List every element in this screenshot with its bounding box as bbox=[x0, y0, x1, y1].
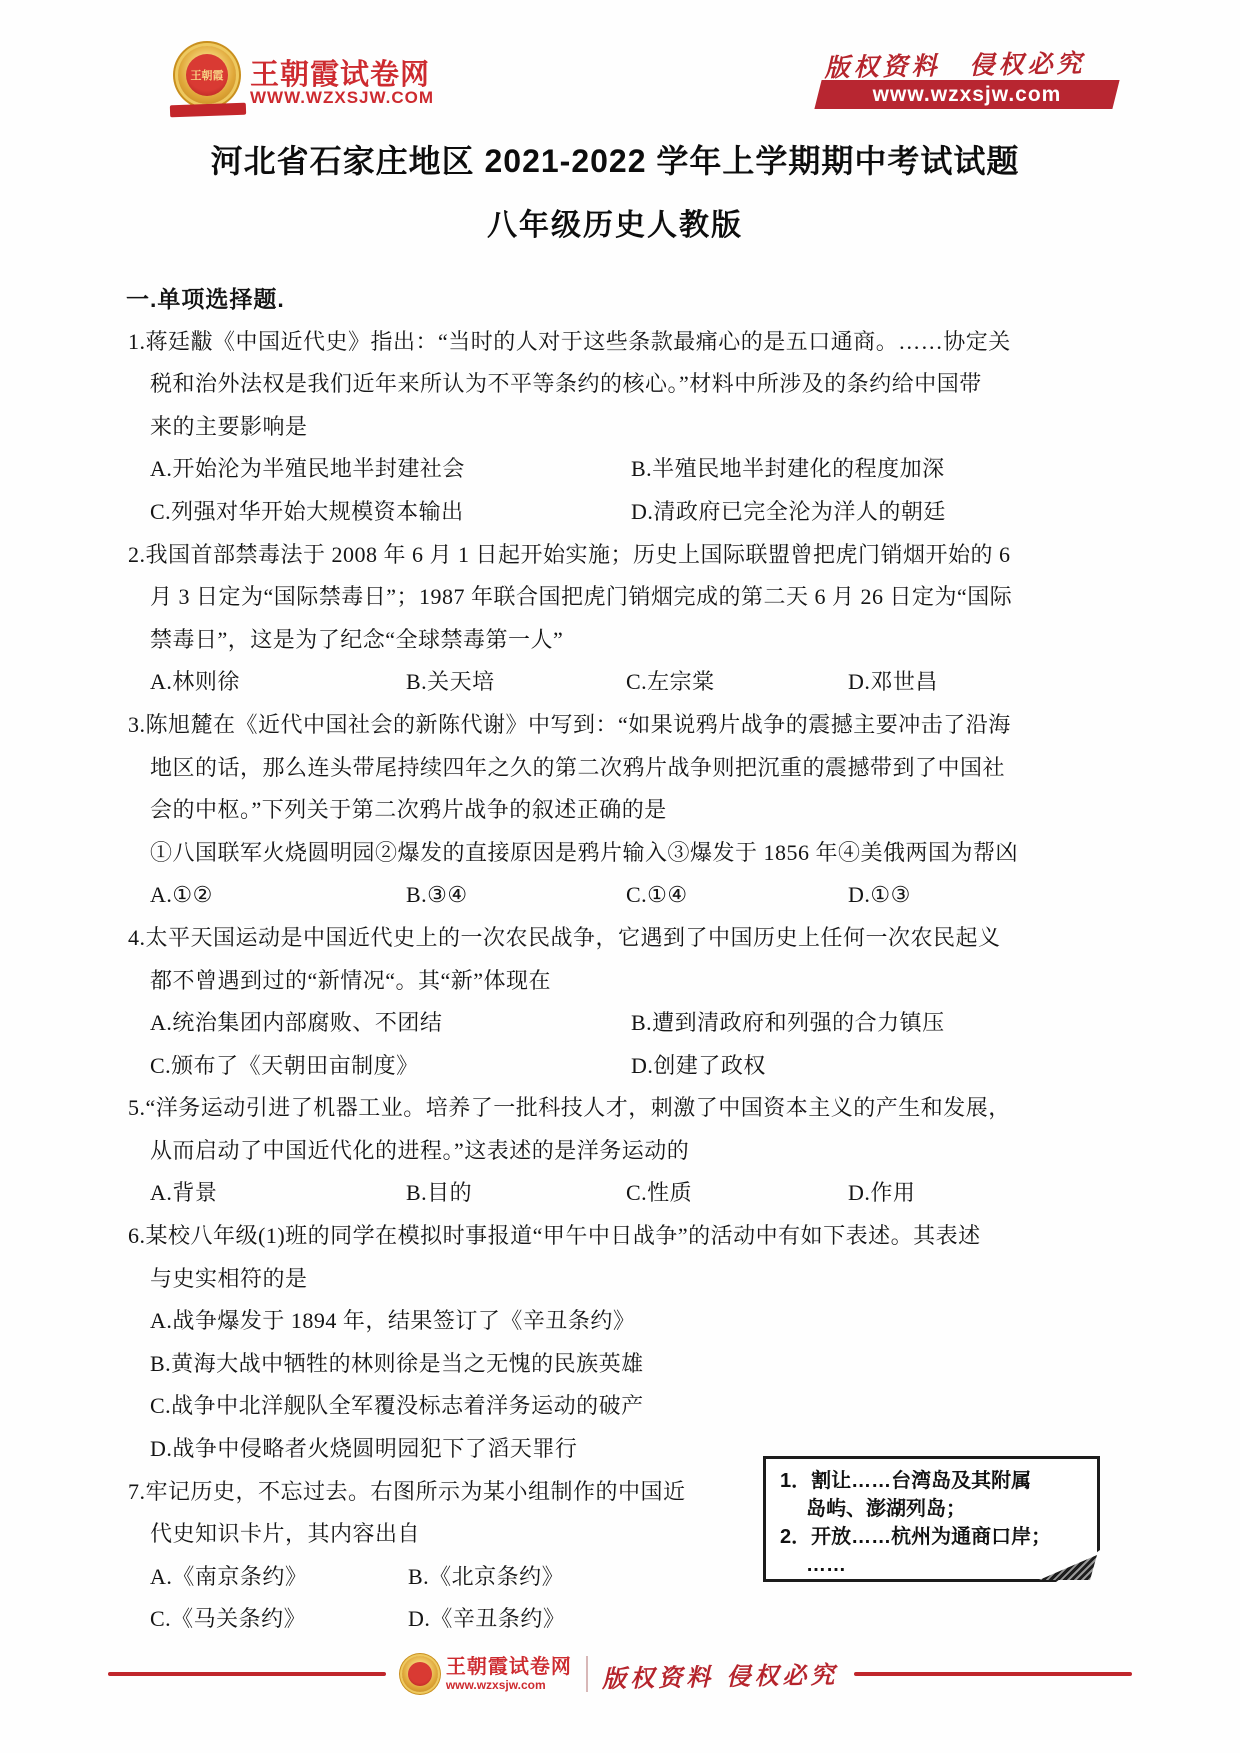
question-4-option: C.颁布了《天朝田亩制度》 bbox=[150, 1045, 419, 1088]
question-6-options-row: C.战争中北洋舰队全军覆没标志着洋务运动的破产 bbox=[126, 1385, 1122, 1428]
question-2-option: C.左宗棠 bbox=[626, 661, 715, 704]
question-5-options-row: A.背景B.目的C.性质D.作用 bbox=[126, 1172, 1122, 1215]
question-1-option: C.列强对华开始大规模资本输出 bbox=[150, 491, 464, 534]
question-5-option: D.作用 bbox=[848, 1172, 915, 1215]
question-2-option: D.邓世昌 bbox=[848, 661, 938, 704]
question-7-option: A.《南京条约》 bbox=[150, 1556, 307, 1599]
footer-badge-center bbox=[408, 1662, 432, 1686]
website-banner: www.wzxsjw.com bbox=[814, 80, 1119, 109]
question-3-stem-line: 会的中枢。”下列关于第二次鸦片战争的叙述正确的是 bbox=[126, 789, 1122, 832]
question-7-options-row: C.《马关条约》D.《辛丑条约》 bbox=[126, 1598, 1122, 1641]
question-1-stem-line: 来的主要影响是 bbox=[126, 406, 1122, 449]
question-3-option: B.③④ bbox=[406, 874, 468, 917]
question-3-options-row: A.①②B.③④C.①④D.①③ bbox=[126, 874, 1122, 917]
question-4-option: A.统治集团内部腐败、不团结 bbox=[150, 1002, 442, 1045]
section-heading: 一.单项选择题. bbox=[126, 278, 1122, 321]
question-6-stem-line: 6.某校八年级(1)班的同学在模拟时事报道“甲午中日战争”的活动中有如下表述。其… bbox=[126, 1215, 1122, 1258]
question-2-option: A.林则徐 bbox=[150, 661, 240, 704]
question-7-option: D.《辛丑条约》 bbox=[408, 1598, 565, 1641]
question-4-option: B.遭到清政府和列强的合力镇压 bbox=[631, 1002, 945, 1045]
page-footer: 王朝霞试卷网 www.wzxsjw.com 版权资料 侵权必究 bbox=[108, 1650, 1132, 1698]
website-banner-url: www.wzxsjw.com bbox=[818, 80, 1116, 109]
question-4-stem-line: 都不曾遇到过的“新情况“。其“新”体现在 bbox=[126, 960, 1122, 1003]
question-2-stem-line: 月 3 日定为“国际禁毒日”；1987 年联合国把虎门销烟完成的第二天 6 月 … bbox=[126, 576, 1122, 619]
question-4-stem-line: 4.太平天国运动是中国近代史上的一次农民战争，它遇到了中国历史上任何一次农民起义 bbox=[126, 917, 1122, 960]
question-3-stem-line: 地区的话，那么连头带尾持续四年之久的第二次鸦片战争则把沉重的震撼带到了中国社 bbox=[126, 747, 1122, 790]
question-1-stem-line: 税和治外法权是我们近年来所认为不平等条约的核心。”材料中所涉及的条约给中国带 bbox=[126, 363, 1122, 406]
question-6-option: C.战争中北洋舰队全军覆没标志着洋务运动的破产 bbox=[150, 1385, 644, 1428]
question-6-option: D.战争中侵略者火烧圆明园犯下了滔天罪行 bbox=[150, 1428, 577, 1471]
question-5-option: C.性质 bbox=[626, 1172, 692, 1215]
question-5-stem-line: 5.“洋务运动引进了机器工业。培养了一批科技人才，刺激了中国资本主义的产生和发展… bbox=[126, 1087, 1122, 1130]
publisher-badge-center: 王朝霞 bbox=[186, 54, 228, 96]
question-3-stem-line: ①八国联军火烧圆明园②爆发的直接原因是鸦片输入③爆发于 1856 年④美俄两国为… bbox=[126, 832, 1122, 875]
knowledge-card-body: 1．割让……台湾岛及其附属岛屿、澎湖列岛；2．开放……杭州为通商口岸；…… bbox=[780, 1467, 1087, 1579]
footer-copyright-notice: 版权资料 侵权必究 bbox=[602, 1654, 839, 1693]
copyright-notice: 版权资料 侵权必究 bbox=[790, 43, 1121, 85]
footer-rule-right bbox=[854, 1672, 1132, 1676]
question-5-option: B.目的 bbox=[406, 1172, 472, 1215]
question-7-option: B.《北京条约》 bbox=[408, 1556, 564, 1599]
footer-logo-url: www.wzxsjw.com bbox=[446, 1678, 572, 1692]
question-6-stem-line: 与史实相符的是 bbox=[126, 1258, 1122, 1301]
question-3-option: A.①② bbox=[150, 874, 213, 917]
question-4-options-row: C.颁布了《天朝田亩制度》D.创建了政权 bbox=[126, 1045, 1122, 1088]
question-1-stem-line: 1.蒋廷黻《中国近代史》指出：“当时的人对于这些条款最痛心的是五口通商。……协定… bbox=[126, 321, 1122, 364]
question-5-stem-line: 从而启动了中国近代化的进程。”这表述的是洋务运动的 bbox=[126, 1130, 1122, 1173]
question-1-options-row: C.列强对华开始大规模资本输出D.清政府已完全沦为洋人的朝廷 bbox=[126, 491, 1122, 534]
questions: 一.单项选择题. 1.蒋廷黻《中国近代史》指出：“当时的人对于这些条款最痛心的是… bbox=[126, 278, 1122, 1641]
publisher-badge-icon: 王朝霞 bbox=[178, 46, 236, 104]
knowledge-card-line: 1．割让……台湾岛及其附属 bbox=[780, 1467, 1087, 1495]
question-6-options-row: B.黄海大战中牺牲的林则徐是当之无愧的民族英雄 bbox=[126, 1343, 1122, 1386]
question-4-option: D.创建了政权 bbox=[631, 1045, 766, 1088]
knowledge-card: 1．割让……台湾岛及其附属岛屿、澎湖列岛；2．开放……杭州为通商口岸；…… bbox=[763, 1456, 1100, 1582]
footer-rule-left bbox=[108, 1672, 386, 1676]
question-1-option: D.清政府已完全沦为洋人的朝廷 bbox=[631, 491, 946, 534]
question-2-options-row: A.林则徐B.关天培C.左宗棠D.邓世昌 bbox=[126, 661, 1122, 704]
question-3-option: D.①③ bbox=[848, 874, 911, 917]
question-6-option: B.黄海大战中牺牲的林则徐是当之无愧的民族英雄 bbox=[150, 1343, 644, 1386]
footer-logo-name: 王朝霞试卷网 bbox=[446, 1656, 572, 1678]
footer-badge-icon bbox=[402, 1656, 438, 1692]
page-title: 河北省石家庄地区 2021-2022 学年上学期期中考试试题 bbox=[110, 136, 1120, 182]
question-3-option: C.①④ bbox=[626, 874, 688, 917]
knowledge-card-line: 岛屿、澎湖列岛； bbox=[780, 1495, 1087, 1523]
publisher-logo-name: 王朝霞试卷网 bbox=[250, 52, 430, 93]
question-1-option: B.半殖民地半封建化的程度加深 bbox=[631, 448, 945, 491]
page-subtitle: 八年级历史人教版 bbox=[110, 200, 1120, 244]
question-3-stem-line: 3.陈旭麓在《近代中国社会的新陈代谢》中写到：“如果说鸦片战争的震撼主要冲击了沿… bbox=[126, 704, 1122, 747]
question-6-options-row: A.战争爆发于 1894 年，结果签订了《辛丑条约》 bbox=[126, 1300, 1122, 1343]
question-5-option: A.背景 bbox=[150, 1172, 217, 1215]
publisher-logo-url: WWW.WZXSJW.COM bbox=[250, 88, 434, 108]
question-7-option: C.《马关条约》 bbox=[150, 1598, 306, 1641]
footer-divider bbox=[586, 1656, 588, 1692]
exam-paper-page: 王朝霞 王朝霞试卷网 WWW.WZXSJW.COM 版权资料 侵权必究 www.… bbox=[0, 0, 1240, 1753]
question-1-options-row: A.开始沦为半殖民地半封建社会B.半殖民地半封建化的程度加深 bbox=[126, 448, 1122, 491]
knowledge-card-line: 2．开放……杭州为通商口岸； bbox=[780, 1523, 1087, 1551]
question-2-option: B.关天培 bbox=[406, 661, 495, 704]
question-6-option: A.战争爆发于 1894 年，结果签订了《辛丑条约》 bbox=[150, 1300, 635, 1343]
question-2-stem-line: 2.我国首部禁毒法于 2008 年 6 月 1 日起开始实施；历史上国际联盟曾把… bbox=[126, 534, 1122, 577]
question-1-option: A.开始沦为半殖民地半封建社会 bbox=[150, 448, 465, 491]
knowledge-card-line: …… bbox=[780, 1551, 1087, 1579]
question-2-stem-line: 禁毒日”，这是为了纪念“全球禁毒第一人” bbox=[126, 619, 1122, 662]
question-4-options-row: A.统治集团内部腐败、不团结B.遭到清政府和列强的合力镇压 bbox=[126, 1002, 1122, 1045]
publisher-badge-ribbon bbox=[170, 103, 246, 118]
